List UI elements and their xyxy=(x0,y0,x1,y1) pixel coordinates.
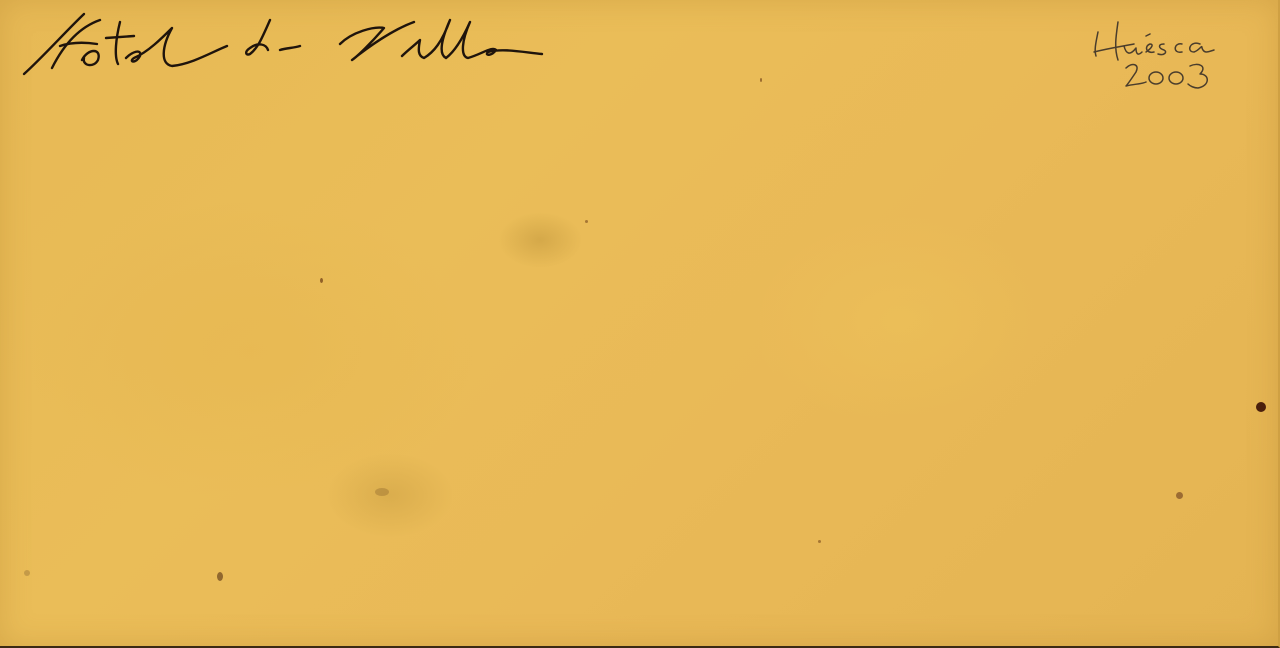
stain-spot xyxy=(1176,492,1183,499)
pencil-note-huesca-2003 xyxy=(1090,14,1230,94)
stain-spot xyxy=(320,278,323,283)
stain-spot xyxy=(375,488,389,496)
stain-spot xyxy=(585,220,588,223)
stain-spot xyxy=(24,570,30,576)
stain-spot xyxy=(818,540,821,543)
stain-spot xyxy=(1256,402,1266,412)
stain-spot xyxy=(217,572,223,581)
stain-spot xyxy=(760,78,762,82)
card-back: Hotel de Ville Huesca 2003 xyxy=(0,0,1280,648)
ink-caption-hotel-de-ville xyxy=(22,8,562,80)
